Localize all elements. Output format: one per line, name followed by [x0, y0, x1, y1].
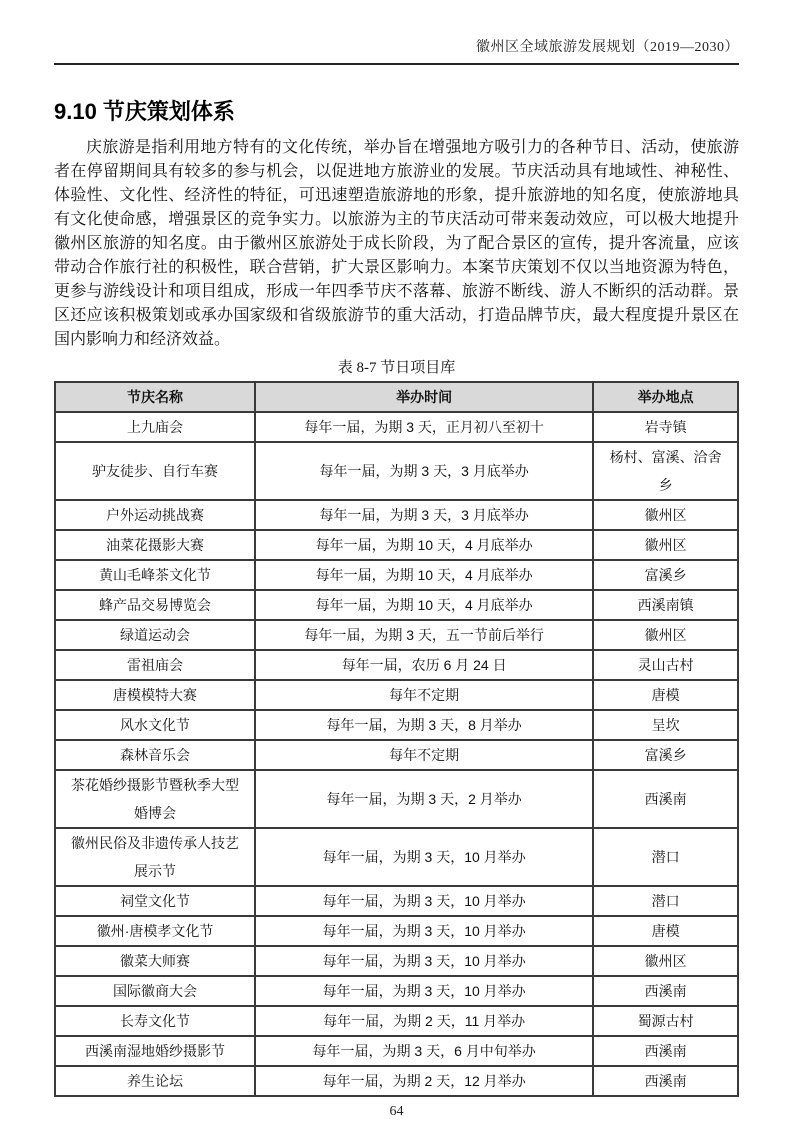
table-cell: 每年不定期	[255, 740, 593, 770]
table-cell: 西溪南镇	[593, 590, 738, 620]
table-cell: 徽州区	[593, 530, 738, 560]
table-cell: 风水文化节	[55, 710, 255, 740]
table-cell: 每年一届，农历 6 月 24 日	[255, 650, 593, 680]
table-cell: 徽州区	[593, 620, 738, 650]
table-cell: 每年一届，为期 3 天，6 月中旬举办	[255, 1036, 593, 1066]
table-cell: 西溪南	[593, 1036, 738, 1066]
column-header-place: 举办地点	[593, 382, 738, 412]
table-row: 蜂产品交易博览会每年一届，为期 10 天，4 月底举办西溪南镇	[55, 590, 738, 620]
table-cell: 蜀源古村	[593, 1006, 738, 1036]
table-cell: 每年一届，为期 10 天，4 月底举办	[255, 590, 593, 620]
table-row: 养生论坛每年一届，为期 2 天，12 月举办西溪南	[55, 1066, 738, 1096]
table-cell: 西溪南	[593, 976, 738, 1006]
table-cell: 徽州区	[593, 500, 738, 530]
body-paragraph: 庆旅游是指利用地方特有的文化传统，举办旨在增强地方吸引力的各种节日、活动，使旅游…	[54, 136, 739, 352]
section-heading: 9.10 节庆策划体系	[54, 95, 739, 126]
table-cell: 每年一届，为期 3 天，3 月底举办	[255, 442, 593, 500]
table-row: 徽州民俗及非遗传承人技艺展示节每年一届，为期 3 天，10 月举办潜口	[55, 828, 738, 886]
table-row: 长寿文化节每年一届，为期 2 天，11 月举办蜀源古村	[55, 1006, 738, 1036]
table-cell: 上九庙会	[55, 412, 255, 442]
table-cell: 每年一届，为期 3 天，8 月举办	[255, 710, 593, 740]
table-cell: 岩寺镇	[593, 412, 738, 442]
table-cell: 每年一届，为期 2 天，12 月举办	[255, 1066, 593, 1096]
table-cell: 唐模	[593, 680, 738, 710]
table-cell: 潜口	[593, 828, 738, 886]
table-cell: 每年一届，为期 3 天，10 月举办	[255, 828, 593, 886]
table-row: 户外运动挑战赛每年一届，为期 3 天，3 月底举办徽州区	[55, 500, 738, 530]
table-cell: 唐模	[593, 916, 738, 946]
table-cell: 徽州·唐模孝文化节	[55, 916, 255, 946]
table-row: 西溪南湿地婚纱摄影节每年一届，为期 3 天，6 月中旬举办西溪南	[55, 1036, 738, 1066]
table-caption: 表 8-7 节日项目库	[54, 356, 739, 377]
table-cell: 每年一届，为期 3 天，2 月举办	[255, 770, 593, 828]
table-cell: 每年一届，为期 3 天，五一节前后举行	[255, 620, 593, 650]
table-row: 雷祖庙会每年一届，农历 6 月 24 日灵山古村	[55, 650, 738, 680]
table-cell: 每年一届，为期 10 天，4 月底举办	[255, 530, 593, 560]
table-cell: 雷祖庙会	[55, 650, 255, 680]
document-page: 徽州区全域旅游发展规划（2019—2030） 9.10 节庆策划体系 庆旅游是指…	[0, 0, 793, 1122]
page-content: 徽州区全域旅游发展规划（2019—2030） 9.10 节庆策划体系 庆旅游是指…	[0, 0, 793, 1120]
table-cell: 养生论坛	[55, 1066, 255, 1096]
table-cell: 油菜花摄影大赛	[55, 530, 255, 560]
table-cell: 国际徽商大会	[55, 976, 255, 1006]
table-cell: 长寿文化节	[55, 1006, 255, 1036]
table-cell: 每年一届，为期 3 天，正月初八至初十	[255, 412, 593, 442]
table-cell: 茶花婚纱摄影节暨秋季大型婚博会	[55, 770, 255, 828]
table-row: 唐模模特大赛每年不定期唐模	[55, 680, 738, 710]
table-cell: 杨村、富溪、洽舍乡	[593, 442, 738, 500]
table-cell: 西溪南	[593, 770, 738, 828]
table-cell: 蜂产品交易博览会	[55, 590, 255, 620]
running-header-title: 徽州区全域旅游发展规划（2019—2030）	[54, 0, 739, 56]
table-cell: 每年一届，为期 3 天，10 月举办	[255, 946, 593, 976]
table-row: 风水文化节每年一届，为期 3 天，8 月举办呈坎	[55, 710, 738, 740]
table-row: 徽菜大师赛每年一届，为期 3 天，10 月举办徽州区	[55, 946, 738, 976]
table-cell: 户外运动挑战赛	[55, 500, 255, 530]
table-row: 绿道运动会每年一届，为期 3 天，五一节前后举行徽州区	[55, 620, 738, 650]
table-cell: 每年一届，为期 3 天，10 月举办	[255, 976, 593, 1006]
table-row: 驴友徒步、自行车赛每年一届，为期 3 天，3 月底举办杨村、富溪、洽舍乡	[55, 442, 738, 500]
table-cell: 每年一届，为期 10 天，4 月底举办	[255, 560, 593, 590]
header-rule	[54, 63, 739, 65]
table-row: 茶花婚纱摄影节暨秋季大型婚博会每年一届，为期 3 天，2 月举办西溪南	[55, 770, 738, 828]
table-cell: 西溪南	[593, 1066, 738, 1096]
table-cell: 富溪乡	[593, 740, 738, 770]
table-cell: 唐模模特大赛	[55, 680, 255, 710]
table-cell: 潜口	[593, 886, 738, 916]
table-row: 祠堂文化节每年一届，为期 3 天，10 月举办潜口	[55, 886, 738, 916]
table-cell: 富溪乡	[593, 560, 738, 590]
table-header-row: 节庆名称 举办时间 举办地点	[55, 382, 738, 412]
table-cell: 每年不定期	[255, 680, 593, 710]
table-cell: 祠堂文化节	[55, 886, 255, 916]
page-number: 64	[54, 1104, 739, 1120]
table-cell: 每年一届，为期 3 天，10 月举办	[255, 916, 593, 946]
table-cell: 每年一届，为期 2 天，11 月举办	[255, 1006, 593, 1036]
table-row: 油菜花摄影大赛每年一届，为期 10 天，4 月底举办徽州区	[55, 530, 738, 560]
table-cell: 徽州区	[593, 946, 738, 976]
festival-table-body: 上九庙会每年一届，为期 3 天，正月初八至初十岩寺镇驴友徒步、自行车赛每年一届，…	[55, 412, 738, 1096]
festival-table: 节庆名称 举办时间 举办地点 上九庙会每年一届，为期 3 天，正月初八至初十岩寺…	[54, 381, 739, 1097]
table-cell: 徽菜大师赛	[55, 946, 255, 976]
table-row: 上九庙会每年一届，为期 3 天，正月初八至初十岩寺镇	[55, 412, 738, 442]
table-row: 徽州·唐模孝文化节每年一届，为期 3 天，10 月举办唐模	[55, 916, 738, 946]
table-row: 国际徽商大会每年一届，为期 3 天，10 月举办西溪南	[55, 976, 738, 1006]
table-cell: 绿道运动会	[55, 620, 255, 650]
table-cell: 森林音乐会	[55, 740, 255, 770]
table-cell: 驴友徒步、自行车赛	[55, 442, 255, 500]
table-cell: 黄山毛峰茶文化节	[55, 560, 255, 590]
table-cell: 西溪南湿地婚纱摄影节	[55, 1036, 255, 1066]
table-row: 森林音乐会每年不定期富溪乡	[55, 740, 738, 770]
table-cell: 每年一届，为期 3 天，3 月底举办	[255, 500, 593, 530]
table-cell: 每年一届，为期 3 天，10 月举办	[255, 886, 593, 916]
table-cell: 灵山古村	[593, 650, 738, 680]
table-cell: 徽州民俗及非遗传承人技艺展示节	[55, 828, 255, 886]
column-header-time: 举办时间	[255, 382, 593, 412]
table-cell: 呈坎	[593, 710, 738, 740]
table-row: 黄山毛峰茶文化节每年一届，为期 10 天，4 月底举办富溪乡	[55, 560, 738, 590]
column-header-festival-name: 节庆名称	[55, 382, 255, 412]
